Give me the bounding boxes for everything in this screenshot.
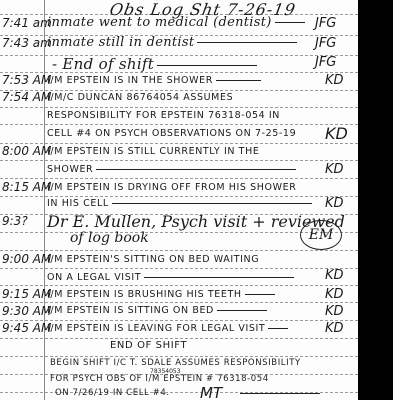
closing-dash (240, 393, 320, 394)
ruled-line (0, 285, 358, 286)
entry-text: RESPONSIBILITY FOR EPSTEIN 76318-054 IN (47, 110, 280, 121)
entry-initials: JFG (315, 36, 336, 51)
entry-text: I/M EPSTEIN IS IN THE SHOWER (47, 75, 264, 86)
ruled-line (0, 90, 358, 91)
ruled-line (0, 268, 358, 269)
entry-text: I/M EPSTEIN IS STILL CURRENTLY IN THE (47, 146, 259, 157)
entry-time: 7:53 AM (2, 73, 51, 87)
margin-line (44, 0, 45, 400)
entry-initials: KD (325, 287, 344, 302)
entry-text: IN HIS CELL (47, 198, 315, 209)
psych-note-time: 9:3? (2, 214, 28, 228)
ruled-line (0, 250, 358, 251)
psych-signature: Dr E. Mullen, Psych visit + reviewed (47, 212, 345, 231)
entry-time: 9:00 AM (2, 252, 51, 266)
psych-signature-line2: of log book (70, 230, 149, 246)
entry-text: I/M EPSTEIN IS DRYING OFF FROM HIS SHOWE… (47, 182, 296, 193)
page-edge (393, 0, 400, 400)
ruled-line (0, 107, 358, 108)
entry-text: I/M EPSTEIN IS LEAVING FOR LEGAL VISIT (47, 323, 291, 334)
entry-initials: KD (325, 268, 344, 283)
entry-initials: KD (325, 73, 344, 88)
ruled-line (0, 320, 358, 321)
entry-time: 8:00 AM (2, 144, 51, 158)
entry-initials: KD (325, 124, 348, 143)
ruled-line (0, 160, 358, 161)
entry-text: I/M EPSTEIN'S SITTING ON BED WAITING (47, 254, 259, 265)
entry-text: inmate went to medical (dentist) (47, 15, 308, 30)
ruled-line (0, 356, 358, 357)
closing-text: ON 7/26/19 IN CELL #4. (55, 388, 170, 398)
closing-initials: MT (200, 384, 222, 400)
entry-text: SHOWER (47, 164, 299, 175)
psych-initials-circled: EM (300, 220, 342, 250)
entry-initials: JFG (315, 16, 336, 31)
ruled-line (0, 178, 358, 179)
entry-time: 9:15 AM (2, 287, 51, 301)
entry-text: inmate still in dentist (47, 35, 300, 50)
entry-initials: KD (325, 321, 344, 336)
entry-text: ON A LEGAL VISIT (47, 272, 297, 283)
ruled-line (0, 338, 358, 339)
entry-time: 7:43 am (2, 36, 52, 50)
entry-initials: JFG (315, 55, 336, 70)
entry-time: 9:30 AM (2, 304, 51, 318)
entry-text: I/M EPSTEIN IS SITTING ON BED (47, 305, 270, 316)
scanned-log-page: Obs Log Sht 7-26-19 7:41 am inmate went … (0, 0, 400, 400)
entry-time: 9:45 AM (2, 321, 51, 335)
redaction-bar (358, 0, 393, 400)
entry-text: CELL #4 ON PSYCH OBSERVATIONS ON 7-25-19 (47, 128, 296, 139)
closing-text: BEGIN SHIFT I/C T. SDALE ASSUMES RESPONS… (50, 358, 301, 368)
entry-text: I/M/C DUNCAN 86764054 ASSUMES (47, 92, 233, 103)
ruled-line (0, 302, 358, 303)
entry-text: - End of shift (52, 55, 260, 73)
end-of-shift-label: END OF SHIFT (110, 340, 187, 351)
entry-initials: KD (325, 304, 344, 319)
ruled-line (0, 196, 358, 197)
entry-time: 8:15 AM (2, 180, 51, 194)
ruled-line (0, 124, 358, 125)
entry-initials: KD (325, 162, 344, 177)
ruled-line (0, 143, 358, 144)
entry-text: I/M EPSTEIN IS BRUSHING HIS TEETH (47, 289, 278, 300)
entry-initials: KD (325, 196, 344, 211)
entry-time: 7:54 AM (2, 90, 51, 104)
closing-text: FOR PSYCH OBS OF I/M EPSTEIN # 76318-054 (50, 374, 269, 384)
entry-time: 7:41 am (2, 16, 52, 30)
